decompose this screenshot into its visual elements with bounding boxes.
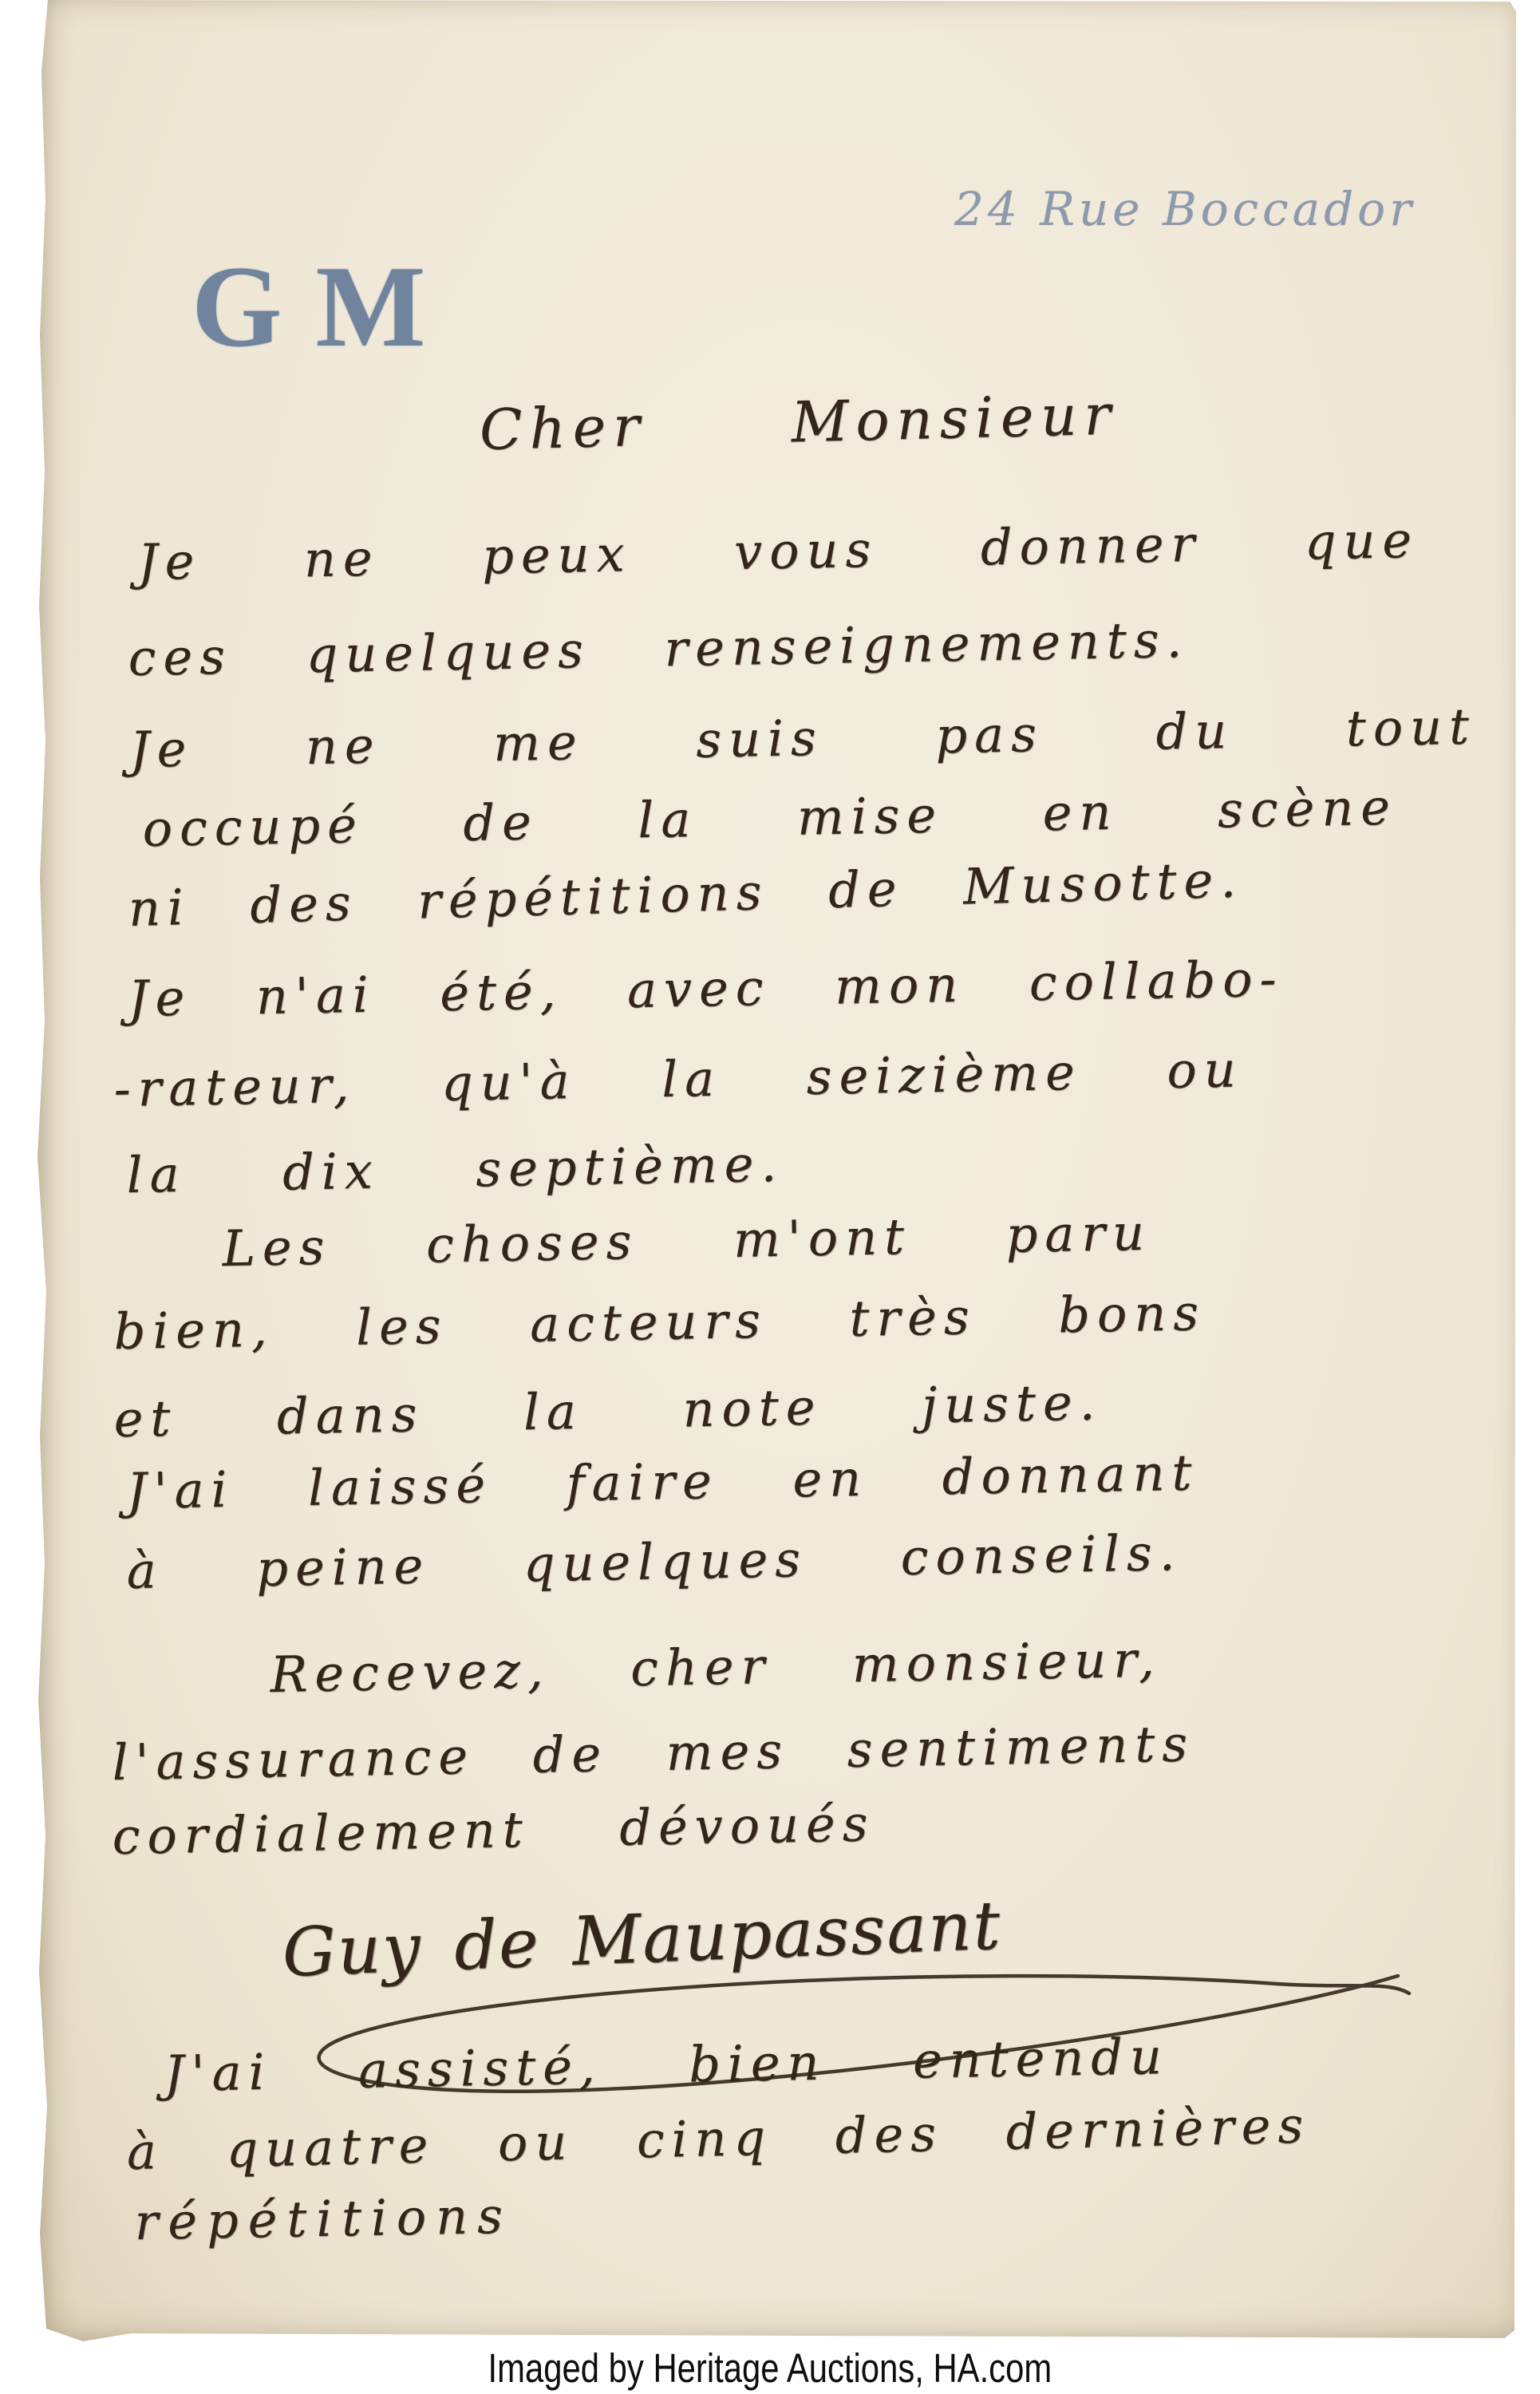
postscript-line: répétitions bbox=[134, 2187, 512, 2251]
letter-scan: 24 Rue Boccador GM Cher Monsieur Je ne p… bbox=[0, 0, 1540, 2394]
imaging-credit: Imaged by Heritage Auctions, HA.com bbox=[488, 2345, 1052, 2392]
letterhead-address: 24 Rue Boccador bbox=[922, 182, 1448, 236]
monogram-gm: GM bbox=[192, 239, 459, 373]
footer-strip: Imaged by Heritage Auctions, HA.com bbox=[0, 2341, 1540, 2394]
handwriting-line: la dix septième. bbox=[126, 1135, 784, 1204]
